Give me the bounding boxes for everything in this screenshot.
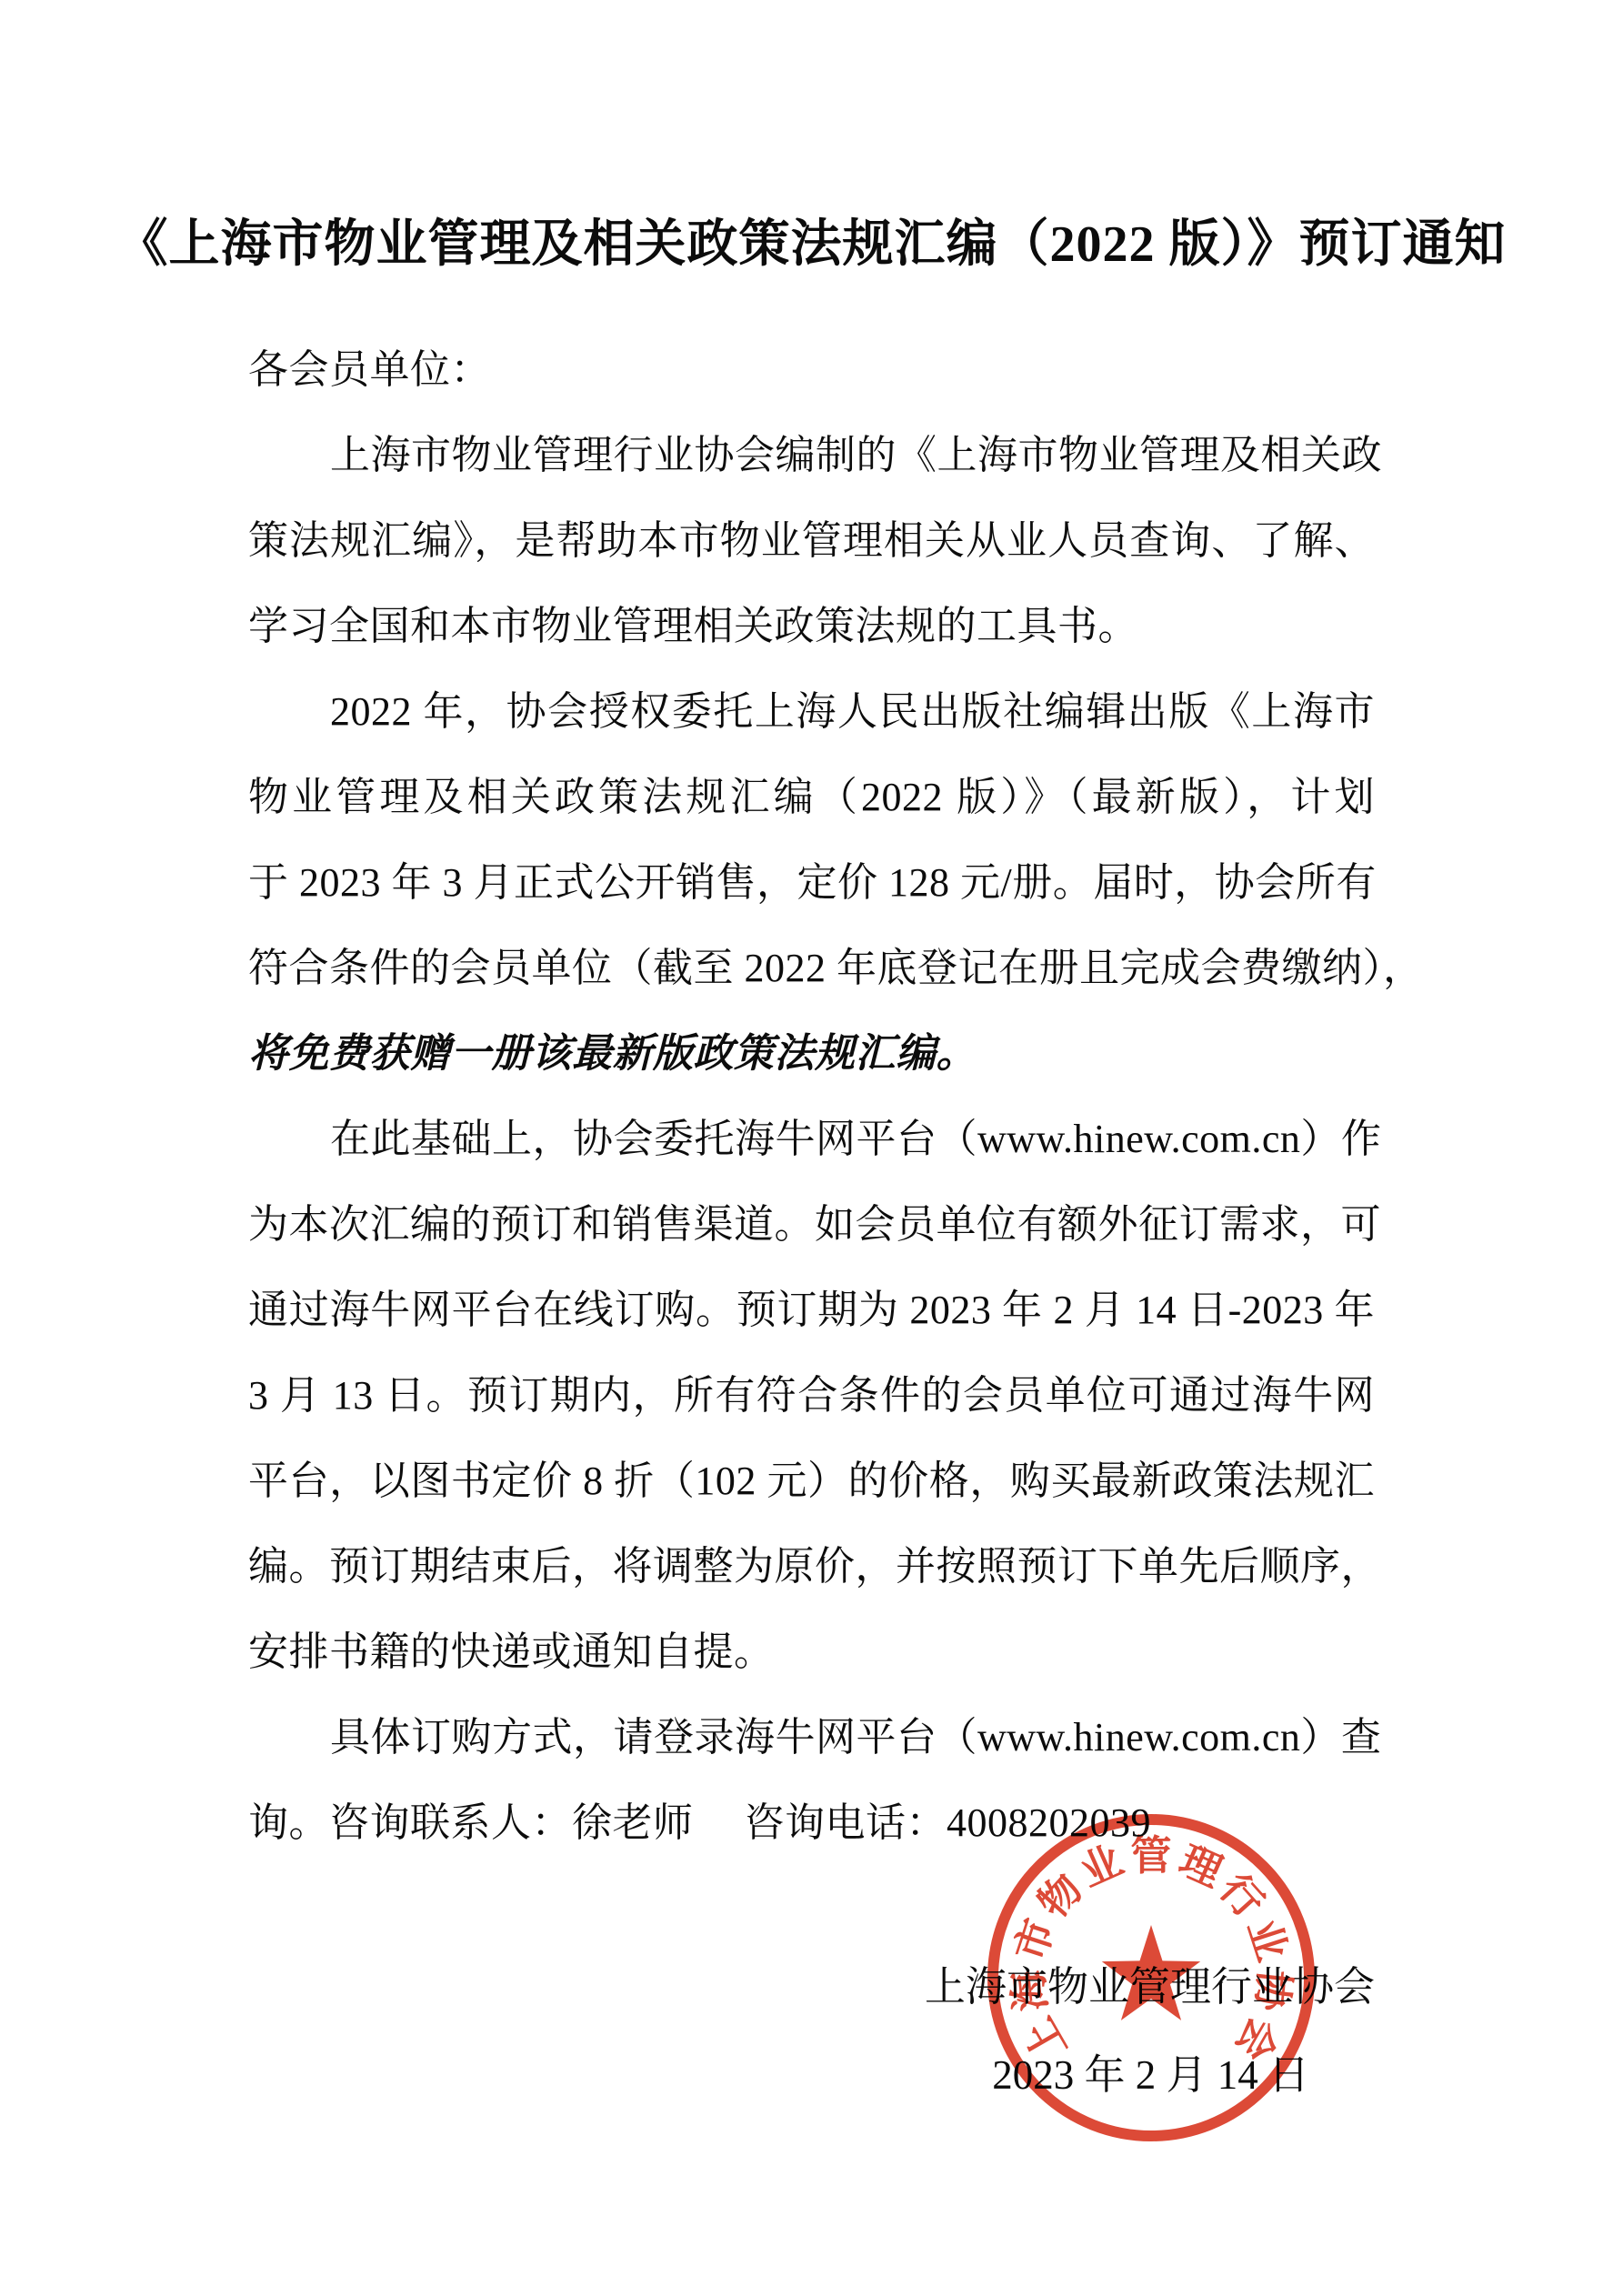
body-line: 编。预订期结束后，将调整为原价，并按照预订下单先后顺序，	[248, 1524, 1375, 1609]
seal-ring-char: 上	[1016, 2010, 1076, 2068]
body-line: 学习全国和本市物业管理相关政策法规的工具书。	[248, 584, 1375, 669]
seal-ring-char: 业	[1239, 1913, 1295, 1966]
body-line: 通过海牛网平台在线订购。预订期为 2023 年 2 月 14 日-2023 年	[248, 1268, 1375, 1353]
document-page: 《上海市物业管理及相关政策法规汇编（2022 版）》预订通知 各会员单位： 上海…	[0, 0, 1623, 2296]
document-body: 各会员单位： 上海市物业管理行业协会编制的《上海市物业管理及相关政 策法规汇编》…	[248, 327, 1375, 1866]
seal-ring-char: 协	[1247, 1968, 1297, 2015]
body-line: 为本次汇编的预订和销售渠道。如会员单位有额外征订需求，可	[248, 1182, 1375, 1268]
seal-ring-char: 海	[1006, 1968, 1055, 2013]
body-line-emphasis: 将免费获赠一册该最新版政策法规汇编。	[248, 1011, 1375, 1097]
body-line: 3 月 13 日。预订期内，所有符合条件的会员单位可通过海牛网	[248, 1353, 1375, 1439]
seal-ring-char: 市	[1007, 1913, 1063, 1966]
body-line: 上海市物业管理行业协会编制的《上海市物业管理及相关政	[248, 413, 1375, 498]
body-line: 在此基础上，协会委托海牛网平台（www.hinew.com.cn）作	[248, 1097, 1375, 1182]
seal-ring-char: 管	[1130, 1833, 1171, 1879]
salutation-line: 各会员单位：	[248, 327, 1375, 413]
body-line: 于 2023 年 3 月正式公开销售，定价 128 元/册。届时，协会所有	[248, 840, 1375, 926]
body-line: 符合条件的会员单位（截至 2022 年底登记在册且完成会费缴纳），	[248, 926, 1375, 1011]
body-line: 物业管理及相关政策法规汇编（2022 版）》（最新版），计划	[248, 755, 1375, 840]
seal-ring-char: 会	[1227, 2010, 1287, 2068]
body-line: 具体订购方式，请登录海牛网平台（www.hinew.com.cn）查	[248, 1695, 1375, 1780]
seal-ring-char: 行	[1211, 1866, 1272, 1927]
body-line: 2022 年，协会授权委托上海人民出版社编辑出版《上海市	[248, 669, 1375, 755]
body-line: 平台，以图书定价 8 折（102 元）的价格，购买最新政策法规汇	[248, 1439, 1375, 1524]
star-icon	[1102, 1925, 1200, 2020]
seal-ring-char: 业	[1074, 1838, 1129, 1896]
body-line: 安排书籍的快递或通知自提。	[248, 1609, 1375, 1695]
document-title: 《上海市物业管理及相关政策法规汇编（2022 版）》预订通知	[0, 215, 1623, 276]
body-line: 策法规汇编》，是帮助本市物业管理相关从业人员查询、了解、	[248, 498, 1375, 584]
official-seal: 上海市物业管理行业协会	[987, 1811, 1316, 2146]
